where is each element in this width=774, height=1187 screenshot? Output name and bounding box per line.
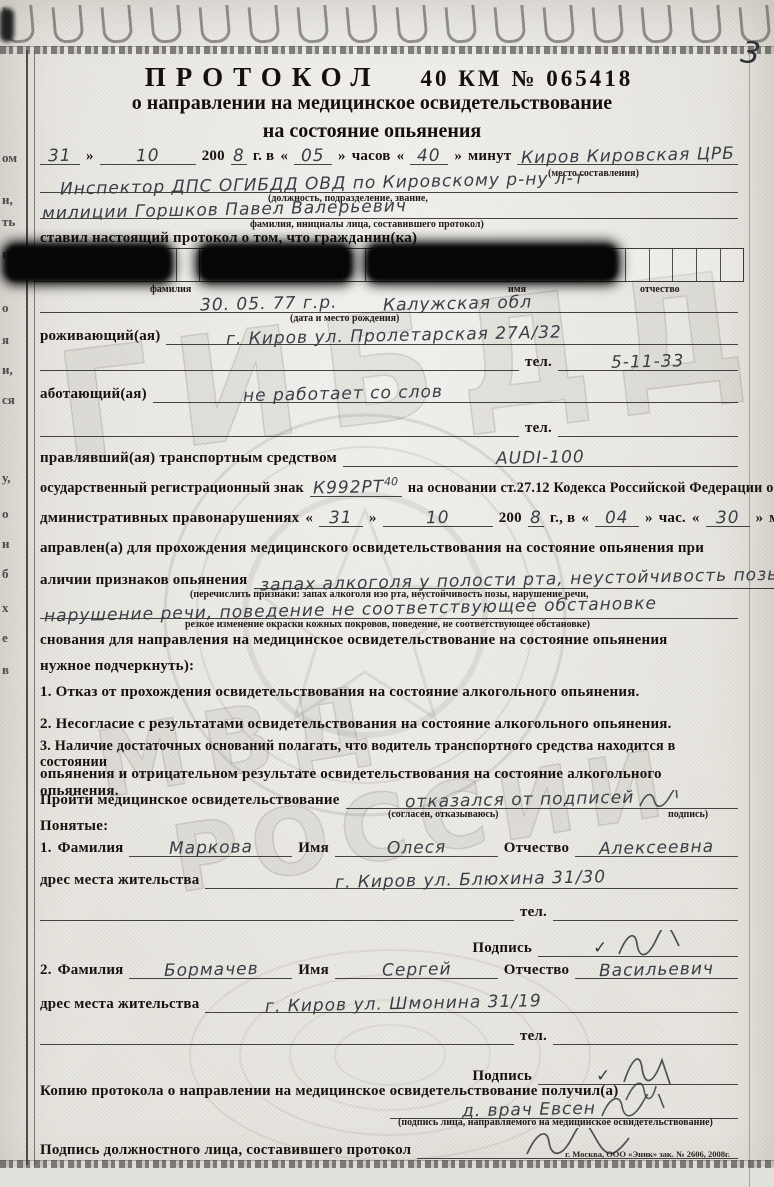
binding-loop <box>689 5 722 44</box>
witnesses-title: Понятые: <box>40 818 108 835</box>
margin-fragment: я <box>2 332 9 348</box>
binder-shadow <box>0 8 14 42</box>
margin-fragment: у, <box>2 470 10 486</box>
witness2-name-value: Сергей <box>381 961 451 979</box>
binding-loop <box>150 5 183 44</box>
witness1-name-value: Олеся <box>387 839 447 857</box>
year-prefix-label: 200 <box>202 148 225 165</box>
working-label: аботающий(ая) <box>40 386 147 403</box>
received-caption: (подпись лица, направляемого на медицинс… <box>398 1117 713 1128</box>
referral-hours-value: 04 <box>605 510 629 527</box>
hours-word: часов <box>352 148 391 165</box>
g-v-label: г. в <box>253 148 275 165</box>
residing-address-value: г. Киров ул. Пролетарская 27А/32 <box>226 324 562 348</box>
sign-label: Подпись <box>472 940 532 957</box>
margin-fragment: ся <box>2 392 15 408</box>
binding-loop <box>640 5 673 44</box>
witness1-num: 1. <box>40 840 52 857</box>
birth-caption: (дата и место рождения) <box>290 313 399 324</box>
form-left-border <box>26 50 35 1165</box>
quote: » <box>86 148 94 165</box>
working-value: не работает со слов <box>243 384 443 405</box>
signature-mark <box>613 930 683 960</box>
margin-fragment: и <box>2 536 10 552</box>
spiral-binding <box>4 2 770 46</box>
scanned-page: оми,тьиояи,сяу,оибхев 3 ГИБДД МВД РОССИИ… <box>0 0 774 1187</box>
referral-year-value: 8 <box>530 510 542 527</box>
name-label: Имя <box>298 840 329 857</box>
undergo-exam-label: Пройти медицинское освидетельствование <box>40 792 340 809</box>
phone-label: тел. <box>525 354 552 371</box>
protocol-month-value: 10 <box>136 148 160 165</box>
birth-date-value: 30. 05. 77 г.р. <box>200 295 338 315</box>
witness1-address-value: г. Киров ул. Блюхина 31/30 <box>335 869 606 892</box>
phone2-label: тел. <box>525 420 552 437</box>
margin-fragment: б <box>2 566 9 582</box>
page-edge <box>749 46 774 1187</box>
protocol-day-value: 31 <box>48 148 72 165</box>
phone-label: тел. <box>520 904 547 921</box>
birth-place-value: Калужская обл <box>383 294 532 314</box>
binding-loop <box>395 5 428 44</box>
witness2-patronymic-value: Васильевич <box>599 961 714 980</box>
margin-fragment: х <box>2 600 9 616</box>
surname-label: Фамилия <box>58 840 124 857</box>
comb-cell <box>626 249 650 281</box>
protocol-year-value: 8 <box>233 148 245 165</box>
referral-month-value: 10 <box>426 510 450 527</box>
binding-loop <box>493 5 526 44</box>
protocol-hours-value: 05 <box>301 148 325 165</box>
binding-loop <box>248 5 281 44</box>
signs-label: аличии признаков опьянения <box>40 572 248 589</box>
referral-day-value: 31 <box>329 510 353 527</box>
witness2-num: 2. <box>40 962 52 979</box>
binding-loop <box>199 5 232 44</box>
binding-loop <box>591 5 624 44</box>
margin-fragment: о <box>2 300 9 316</box>
sent-for-exam-text: аправлен(а) для прохождения медицинского… <box>40 540 704 557</box>
witness2-address-value: г. Киров ул. Шмонина 31/19 <box>265 993 542 1016</box>
binding-loop <box>101 5 134 44</box>
grounds-item-2: 2. Несогласие с результатами освидетельс… <box>40 716 672 733</box>
margin-fragment: и, <box>2 362 13 378</box>
binding-loop <box>52 5 85 44</box>
binding-loop <box>346 5 379 44</box>
residing-label: роживающий(ая) <box>40 328 160 345</box>
form-subtitle-1: о направлении на медицинское освидетельс… <box>10 92 734 115</box>
redaction-bar-patronymic <box>366 244 618 282</box>
witness2-surname-value: Бормачев <box>163 961 258 980</box>
comb-cell <box>673 249 697 281</box>
comb-cell <box>697 249 721 281</box>
reg-plate-region: 40 <box>384 475 398 488</box>
redaction-bar-surname <box>4 244 172 282</box>
margin-fragment: и, <box>2 192 13 208</box>
grounds-item-1: 1. Отказ от прохождения освидетельствова… <box>40 684 639 701</box>
referral-minutes-value: 30 <box>716 510 740 527</box>
address-label: дрес места жительства <box>40 872 199 889</box>
margin-fragment: о <box>2 506 9 522</box>
vehicle-label: правлявший(ая) транспортным средством <box>40 450 337 467</box>
print-shop-footer: г. Москва, ООО «Эник» зак. № 2606, 2008г… <box>565 1149 730 1159</box>
admin-code-label: дминистративных правонарушениях <box>40 510 299 527</box>
comb-cell <box>721 249 744 281</box>
form-series-number: 40 КМ № 065418 <box>420 66 633 92</box>
legal-basis-label: на основании ст.27.12 Кодекса Российской… <box>408 480 774 497</box>
witness1-surname-value: Маркова <box>169 839 253 858</box>
signs-caption-2: резкое изменение окраски кожных покровов… <box>185 619 590 630</box>
margin-fragment: в <box>2 662 9 678</box>
vehicle-value: AUDI-100 <box>496 449 585 468</box>
comb-cell <box>177 249 201 281</box>
page-bottom-edge <box>0 1167 774 1187</box>
reg-plate-label: осударственный регистрационный знак <box>40 480 304 497</box>
comb-cell <box>650 249 674 281</box>
grounds-title: снования для направления на медицинское … <box>40 632 668 649</box>
protocol-minutes-value: 40 <box>417 148 441 165</box>
chain-border-bottom <box>0 1160 774 1168</box>
binding-loop <box>297 5 330 44</box>
phone-value: 5-11-33 <box>611 353 685 372</box>
minutes-word: минут <box>468 148 511 165</box>
witness1-patronymic-value: Алексеевна <box>599 839 714 858</box>
margin-fragment: ом <box>2 150 17 166</box>
patronymic-label: Отчество <box>504 840 569 857</box>
binding-loop <box>542 5 575 44</box>
form-subtitle-2: на состояние опьянения <box>10 120 734 143</box>
margin-fragment: ть <box>2 214 15 230</box>
binding-loop <box>444 5 477 44</box>
reg-plate-value: К992РТ40 <box>313 476 399 497</box>
chain-border-top <box>0 46 774 54</box>
officer-name-caption: фамилия, инициалы лица, составившего про… <box>250 219 484 230</box>
grounds-title2: нужное подчеркнуть): <box>40 658 194 675</box>
margin-fragment: е <box>2 630 8 646</box>
redaction-bar-name <box>198 244 352 282</box>
official-signature-label: Подпись должностного лица, составившего … <box>40 1142 411 1159</box>
place-of-drafting-value: Киров Кировская ЦРБ <box>521 146 735 167</box>
witness1-checkmark: ✓ <box>593 940 609 957</box>
form-title: ПРОТОКОЛ <box>145 62 381 93</box>
